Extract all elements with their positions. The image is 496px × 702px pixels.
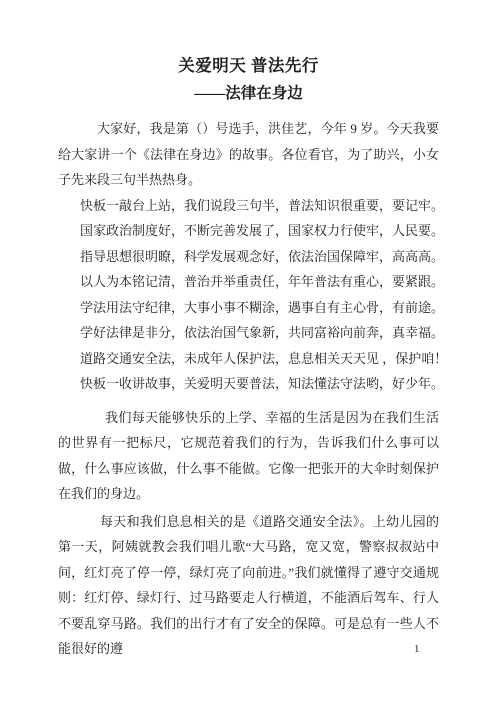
verse-line: 国家政治制度好，不断完善发展了，国家权力行使牢，人民要。 bbox=[58, 218, 439, 244]
page-title: 关爱明天 普法先行 bbox=[58, 54, 439, 78]
verse-line: 快板一收讲故事，关爱明天要普法，知法懂法守法哟，好少年。 bbox=[58, 371, 439, 397]
page-subtitle: ——法律在身边 bbox=[58, 82, 439, 106]
verse-line: 学法用法守纪律，大事小事不糊涂，遇事自有主心骨，有前途。 bbox=[58, 295, 439, 321]
verse-line: 指导思想很明瞭，科学发展观念好，依法治国保障牢，高高高。 bbox=[58, 244, 439, 270]
document-content: 关爱明天 普法先行 ——法律在身边 大家好，我是第（）号选手，洪佳艺，今年 9 … bbox=[58, 54, 439, 662]
verse-line: 学好法律是非分，依法治国气象新，共同富裕向前奔，真幸福。 bbox=[58, 320, 439, 346]
document-page: 关爱明天 普法先行 ——法律在身边 大家好，我是第（）号选手，洪佳艺，今年 9 … bbox=[0, 0, 496, 702]
verse-line: 以人为本铭记清，普治并举重责任，年年普法有重心，要紧跟。 bbox=[58, 269, 439, 295]
intro-paragraph: 大家好，我是第（）号选手，洪佳艺，今年 9 岁。今天我要给大家讲一个《法律在身边… bbox=[58, 116, 439, 193]
body-paragraph: 每天和我们息息相关的是《道路交通安全法》。上幼儿园的第一天，阿姨就教会我们唱儿歌… bbox=[58, 509, 439, 662]
verse-line: 道路交通安全法，未成年人保护法，息息相关天天见 ，保护咱！ bbox=[58, 346, 439, 372]
page-number: 1 bbox=[414, 642, 420, 656]
verse-line: 快板一敲台上站，我们说段三句半，普法知识很重要，要记牢。 bbox=[58, 193, 439, 219]
body-paragraph: 我们每天能够快乐的上学、幸福的生活是因为在我们生活的世界有一把标尺，它规范着我们… bbox=[58, 405, 439, 507]
verse-block: 快板一敲台上站，我们说段三句半，普法知识很重要，要记牢。 国家政治制度好，不断完… bbox=[58, 193, 439, 397]
